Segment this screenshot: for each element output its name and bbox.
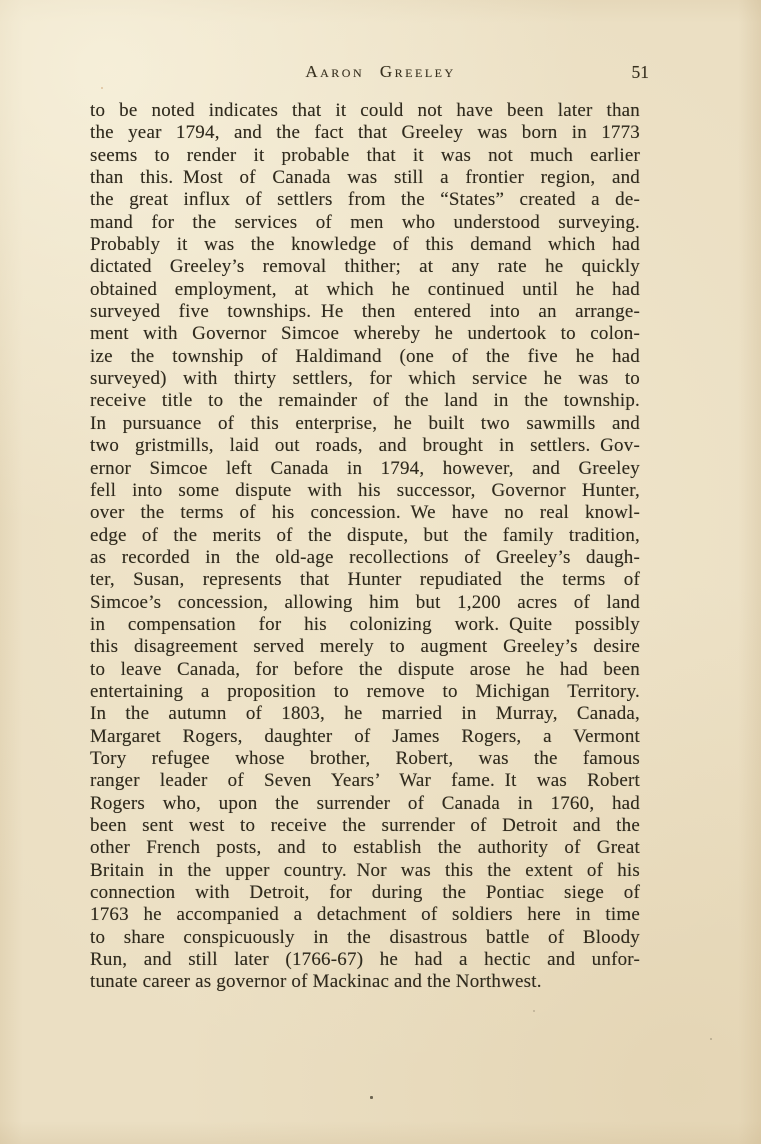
- text-line: entertaining a proposition to remove to …: [90, 681, 640, 703]
- text-line: to leave Canada, for before the dispute …: [90, 659, 640, 681]
- paper-speck: [101, 87, 103, 89]
- text-line: two gristmills, laid out roads, and brou…: [90, 435, 640, 457]
- text-line: Simcoe’s concession, allowing him but 1,…: [90, 592, 640, 614]
- text-line: ize the township of Haldimand (one of th…: [90, 346, 640, 368]
- text-line: obtained employment, at which he continu…: [90, 279, 640, 301]
- header-title: Aaron Greeley: [305, 62, 455, 82]
- text-line: over the terms of his concession. We hav…: [90, 502, 640, 524]
- text-line: In the autumn of 1803, he married in Mur…: [90, 703, 640, 725]
- text-line: dictated Greeley’s removal thither; at a…: [90, 256, 640, 278]
- text-line: seems to render it probable that it was …: [90, 145, 640, 167]
- text-line: Run, and still later (1766-67) he had a …: [90, 949, 640, 971]
- text-line: other French posts, and to establish the…: [90, 837, 640, 859]
- text-line: Tory refugee whose brother, Robert, was …: [90, 748, 640, 770]
- paper-speck: [370, 1096, 373, 1099]
- text-line: surveyed five townships. He then entered…: [90, 301, 640, 323]
- paper-speck: [533, 1010, 535, 1012]
- text-line: ter, Susan, represents that Hunter repud…: [90, 569, 640, 591]
- paper-speck: [710, 1038, 712, 1040]
- text-line: Probably it was the knowledge of this de…: [90, 234, 640, 256]
- text-line: In pursuance of this enterprise, he buil…: [90, 413, 640, 435]
- text-line: Rogers who, upon the surrender of Canada…: [90, 793, 640, 815]
- text-line: Britain in the upper country. Nor was th…: [90, 860, 640, 882]
- text-line: than this. Most of Canada was still a fr…: [90, 167, 640, 189]
- text-line: Margaret Rogers, daughter of James Roger…: [90, 726, 640, 748]
- text-line: surveyed) with thirty settlers, for whic…: [90, 368, 640, 390]
- text-line: receive title to the remainder of the la…: [90, 390, 640, 412]
- text-line: as recorded in the old-age recollections…: [90, 547, 640, 569]
- text-line: 1763 he accompanied a detachment of sold…: [90, 904, 640, 926]
- page-number: 51: [632, 62, 650, 83]
- text-line: connection with Detroit, for during the …: [90, 882, 640, 904]
- text-line: been sent west to receive the surrender …: [90, 815, 640, 837]
- text-line: in compensation for his colonizing work.…: [90, 614, 640, 636]
- text-line: the great influx of settlers from the “S…: [90, 189, 640, 211]
- text-line: tunate career as governor of Mackinac an…: [90, 971, 640, 993]
- text-line: ranger leader of Seven Years’ War fame. …: [90, 770, 640, 792]
- book-page: Aaron Greeley 51 to be noted indicates t…: [0, 0, 761, 1144]
- text-line: ment with Governor Simcoe whereby he und…: [90, 323, 640, 345]
- text-line: mand for the services of men who underst…: [90, 212, 640, 234]
- text-line: the year 1794, and the fact that Greeley…: [90, 122, 640, 144]
- text-line: to be noted indicates that it could not …: [90, 100, 640, 122]
- text-line: edge of the merits of the dispute, but t…: [90, 525, 640, 547]
- running-header: Aaron Greeley 51: [0, 62, 761, 84]
- body-text: to be noted indicates that it could not …: [90, 100, 640, 994]
- text-line: fell into some dispute with his successo…: [90, 480, 640, 502]
- text-line: this disagreement served merely to augme…: [90, 636, 640, 658]
- text-line: to share conspicuously in the disastrous…: [90, 927, 640, 949]
- text-line: ernor Simcoe left Canada in 1794, howeve…: [90, 458, 640, 480]
